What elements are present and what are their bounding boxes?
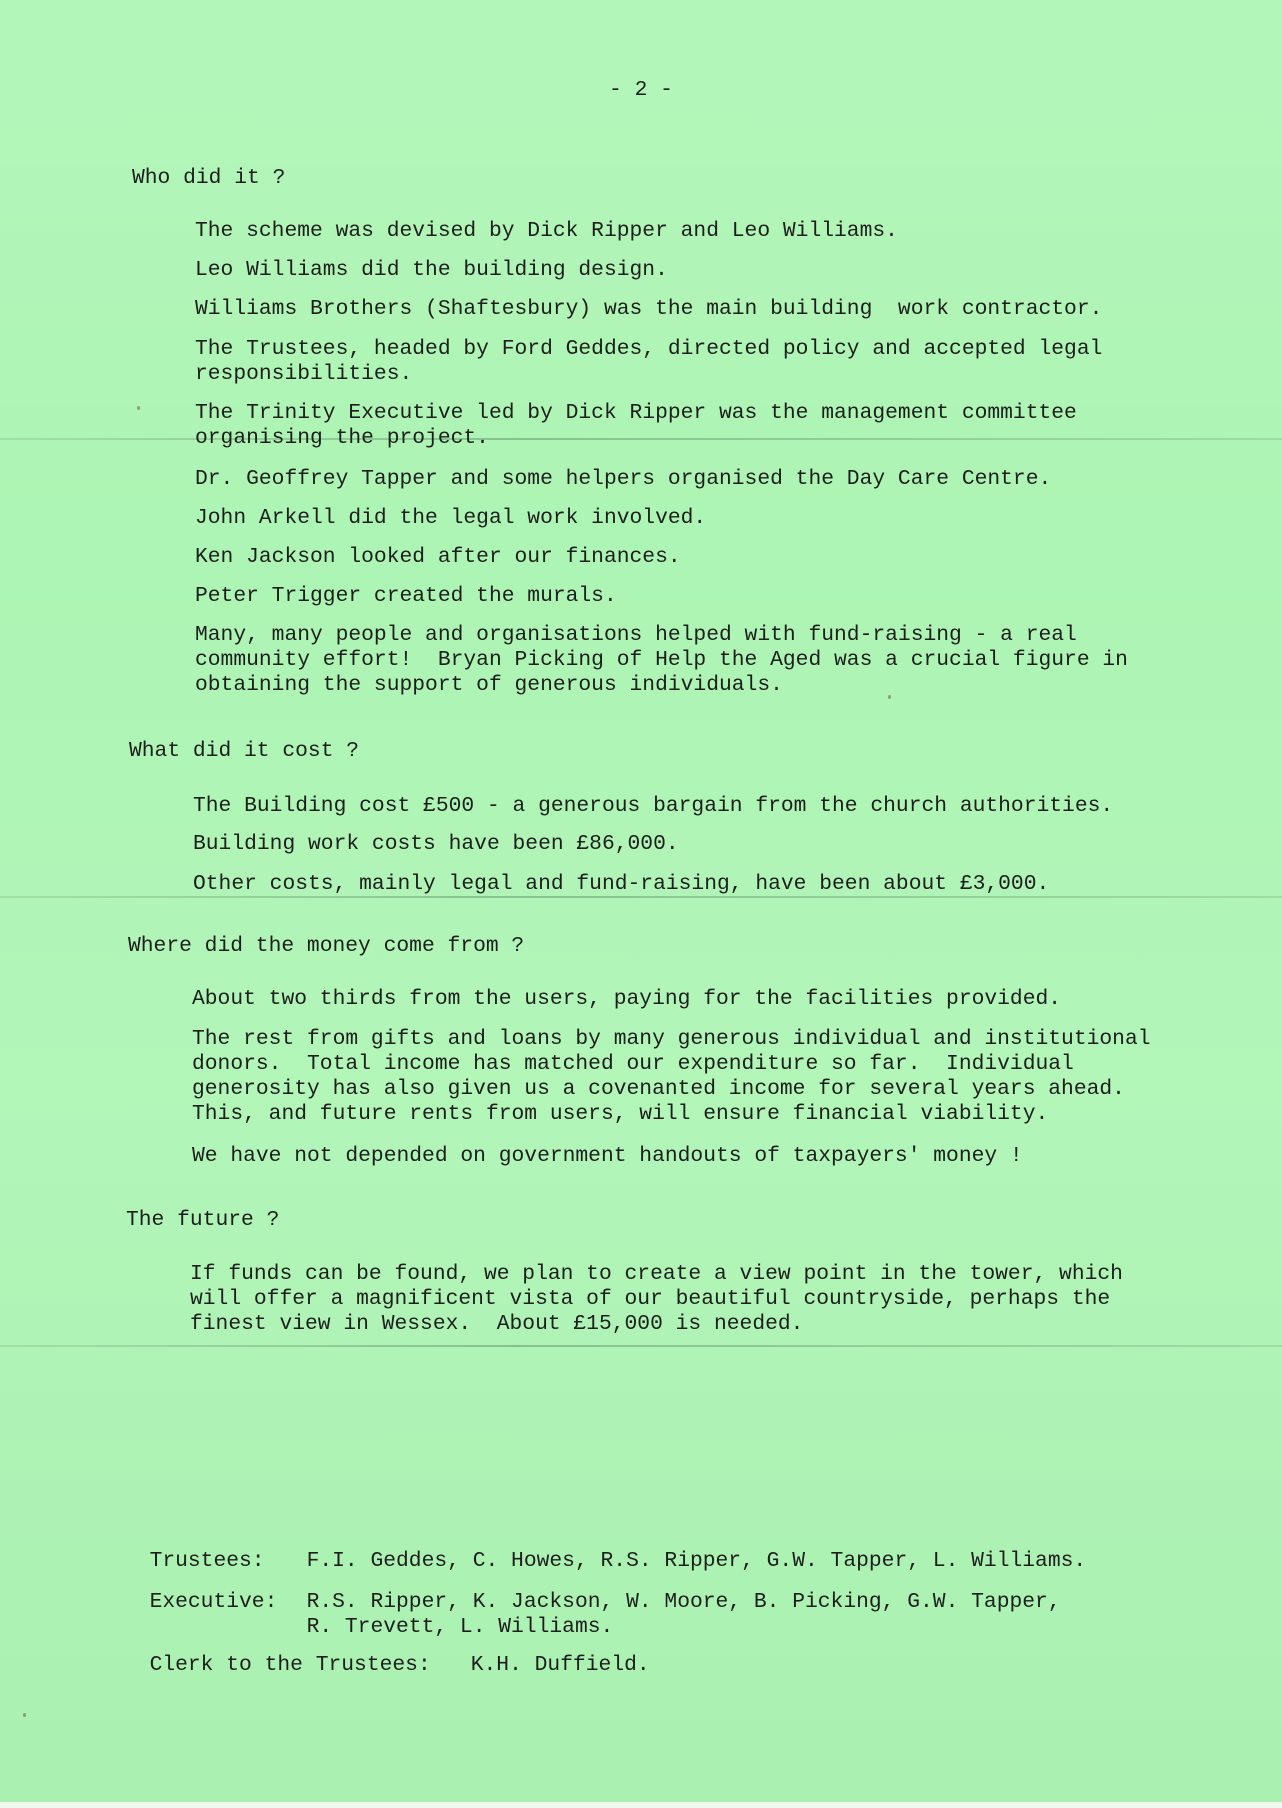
paper-speck [23,1713,26,1717]
paragraph: About two thirds from the users, paying … [192,987,1061,1012]
clerk-name: K.H. Duffield. [471,1653,650,1677]
section-heading-future: The future ? [126,1208,279,1233]
paper-speck [137,406,140,410]
paragraph: Other costs, mainly legal and fund-raisi… [193,872,1049,897]
paragraph: Building work costs have been £86,000. [193,832,679,857]
section-heading-who: Who did it ? [132,166,285,191]
clerk-row: Clerk to the Trustees:K.H. Duffield. [124,1628,650,1678]
paragraph: If funds can be found, we plan to create… [190,1262,1123,1337]
executive-label: Executive: [150,1590,307,1615]
paragraph: The scheme was devised by Dick Ripper an… [195,219,898,244]
clerk-label: Clerk to the Trustees: [150,1653,431,1678]
section-heading-money: Where did the money come from ? [128,934,524,959]
section-heading-cost: What did it cost ? [129,739,359,764]
paragraph: Ken Jackson looked after our finances. [195,545,681,570]
paragraph: Dr. Geoffrey Tapper and some helpers org… [195,467,1051,492]
paragraph: The Trinity Executive led by Dick Ripper… [195,401,1077,451]
paragraph: The Trustees, headed by Ford Geddes, dir… [195,337,1102,387]
page-number: - 2 - [0,78,1282,102]
paragraph: Leo Williams did the building design. [195,258,668,283]
paragraph: Williams Brothers (Shaftesbury) was the … [195,297,1102,322]
paragraph: Many, many people and organisations help… [195,623,1128,698]
paragraph: The rest from gifts and loans by many ge… [192,1027,1151,1127]
paper-fold-line [0,1345,1282,1347]
paragraph: We have not depended on government hando… [192,1144,1023,1169]
paragraph: Peter Trigger created the murals. [195,584,617,609]
paper-speck [888,695,891,699]
paragraph: John Arkell did the legal work involved. [195,506,706,531]
paper-bottom-edge [0,1802,1282,1808]
paragraph: The Building cost £500 - a generous barg… [193,794,1113,819]
